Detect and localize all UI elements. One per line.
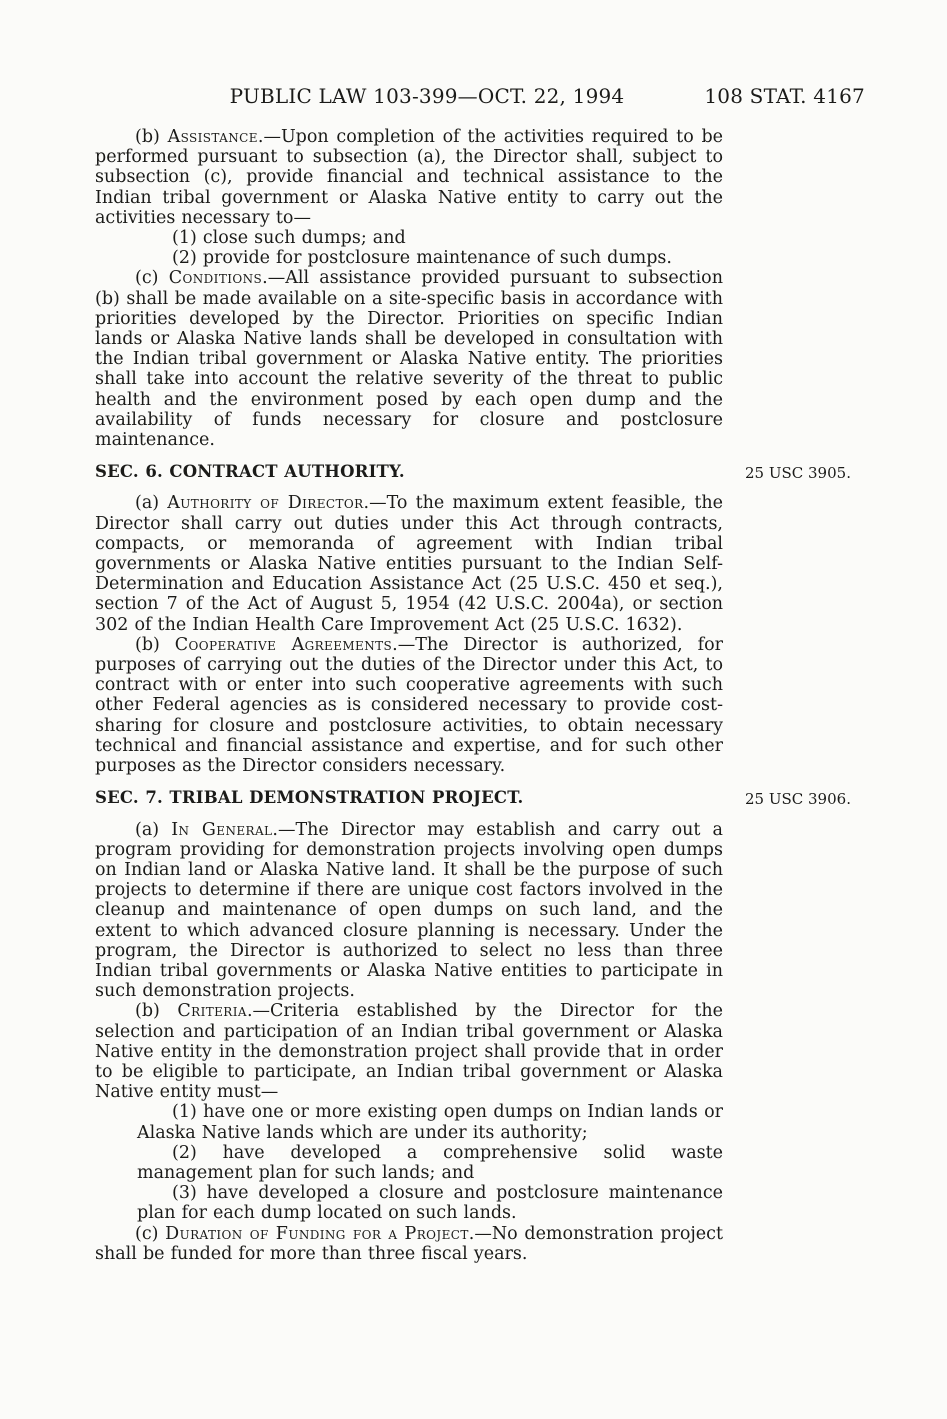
text-run: (2) provide for postclosure maintenance …: [172, 248, 672, 268]
text-run: SEC. 6. CONTRACT AUTHORITY.: [95, 462, 405, 481]
text-run: SEC. 7. TRIBAL DEMONSTRATION PROJECT.: [95, 788, 524, 807]
statute-paragraph: (a) In General.—The Director may establi…: [95, 820, 723, 1002]
running-header-title: PUBLIC LAW 103-399—OCT. 22, 1994: [113, 84, 741, 108]
small-caps-term: In General: [171, 820, 272, 840]
stat-page-number: 108 STAT. 4167: [704, 84, 865, 108]
text-run: .—The Director may establish and carry o…: [95, 820, 723, 1002]
usc-citation: 25 USC 3905.: [745, 464, 851, 482]
statute-clause: (1) close such dumps; and: [137, 228, 723, 248]
small-caps-term: Duration of Funding for a Project: [165, 1224, 469, 1244]
text-run: .—All assistance provided pursuant to su…: [95, 268, 723, 450]
statute-clause: (2) provide for postclosure maintenance …: [137, 248, 723, 268]
statute-paragraph: (c) Duration of Funding for a Project.—N…: [95, 1224, 723, 1264]
small-caps-term: Assistance: [168, 127, 258, 147]
text-run: .—The Director is authorized, for purpos…: [95, 635, 723, 776]
text-run: (a): [135, 820, 171, 840]
statute-clause: (3) have developed a closure and postclo…: [137, 1183, 723, 1223]
statute-paragraph: (b) Criteria.—Criteria established by th…: [95, 1001, 723, 1102]
text-run: (b): [135, 1001, 177, 1021]
text-run: (b): [135, 635, 175, 655]
text-run: (1) close such dumps; and: [172, 228, 406, 248]
small-caps-term: Criteria: [177, 1001, 247, 1021]
text-run: .—To the maximum extent feasible, the Di…: [95, 493, 723, 634]
statute-paragraph: (a) Authority of Director.—To the maximu…: [95, 493, 723, 634]
small-caps-term: Conditions: [169, 268, 262, 288]
statute-paragraph: (c) Conditions.—All assistance provided …: [95, 268, 723, 450]
small-caps-term: Cooperative Agreements: [175, 635, 392, 655]
statute-clause: (2) have developed a comprehensive solid…: [137, 1143, 723, 1183]
statute-paragraph: (b) Cooperative Agreements.—The Director…: [95, 635, 723, 776]
statute-body: (b) Assistance.—Upon completion of the a…: [95, 127, 723, 1264]
statute-paragraph: (b) Assistance.—Upon completion of the a…: [95, 127, 723, 228]
statute-page: PUBLIC LAW 103-399—OCT. 22, 1994 108 STA…: [0, 0, 947, 1419]
text-run: (a): [135, 493, 167, 513]
text-run: (b): [135, 127, 168, 147]
text-run: (c): [135, 268, 169, 288]
usc-citation: 25 USC 3906.: [745, 790, 851, 808]
text-run: (3) have developed a closure and postclo…: [137, 1183, 723, 1223]
statute-clause: (1) have one or more existing open dumps…: [137, 1102, 723, 1142]
text-run: (1) have one or more existing open dumps…: [137, 1102, 723, 1142]
text-run: (c): [135, 1224, 165, 1244]
text-run: (2) have developed a comprehensive solid…: [137, 1143, 723, 1183]
section-heading: SEC. 6. CONTRACT AUTHORITY.: [95, 462, 723, 482]
section-heading: SEC. 7. TRIBAL DEMONSTRATION PROJECT.: [95, 788, 723, 808]
small-caps-term: Authority of Director: [167, 493, 363, 513]
